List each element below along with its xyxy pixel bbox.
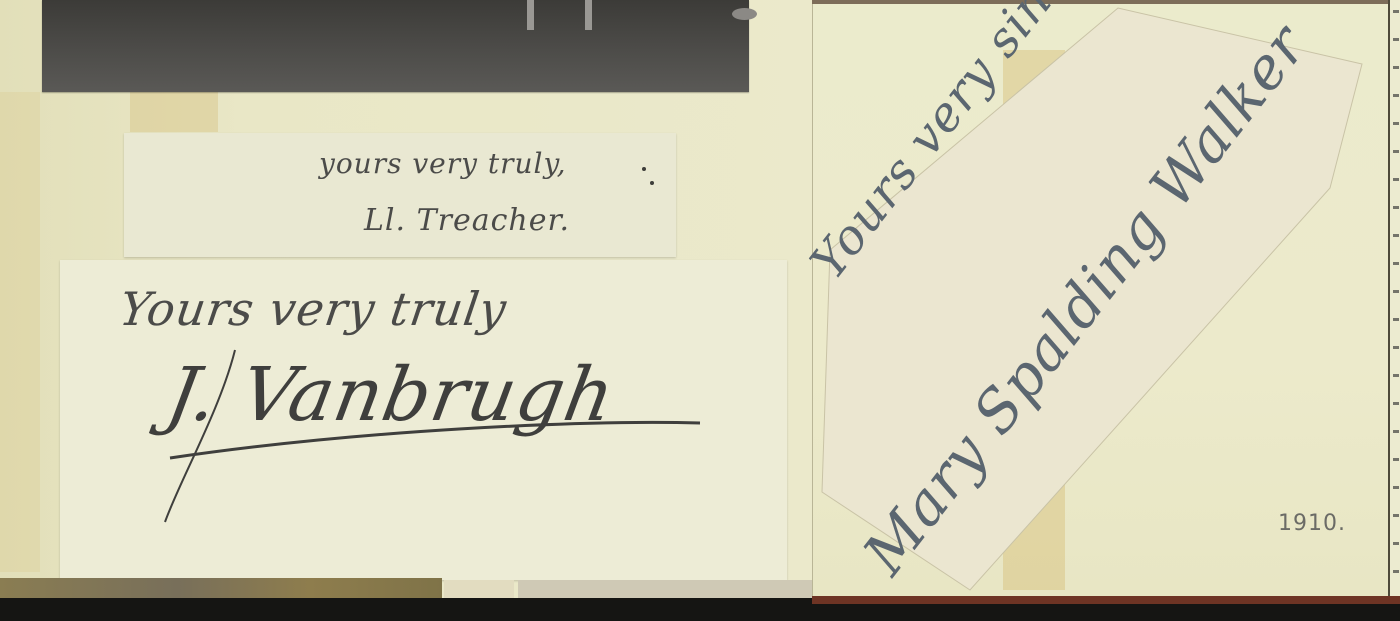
autograph-card-treacher: yours very truly, Ll. Treacher. [124,133,676,257]
year-annotation: 1910. [1278,511,1346,536]
photograph-fragment [42,0,749,92]
adjacent-page-text-fragments [1393,10,1399,590]
chair-leg [527,0,534,30]
signature-text: Ll. Treacher. [364,203,570,238]
ink-mark [650,181,654,185]
signature-flourish [60,260,787,580]
autograph-card-vanbrugh: Yours very truly J. Vanbrugh [60,260,787,580]
card-stub [518,580,812,598]
photograph-edge-bottom [0,578,442,600]
chair-leg [585,0,592,30]
card-stub [444,580,514,598]
paper-stain [0,92,40,572]
closing-text: yours very truly, [319,147,566,180]
paper-stain [130,92,218,132]
shoe [732,8,757,20]
binding-red-edge [812,596,1400,604]
ink-mark [642,167,646,171]
